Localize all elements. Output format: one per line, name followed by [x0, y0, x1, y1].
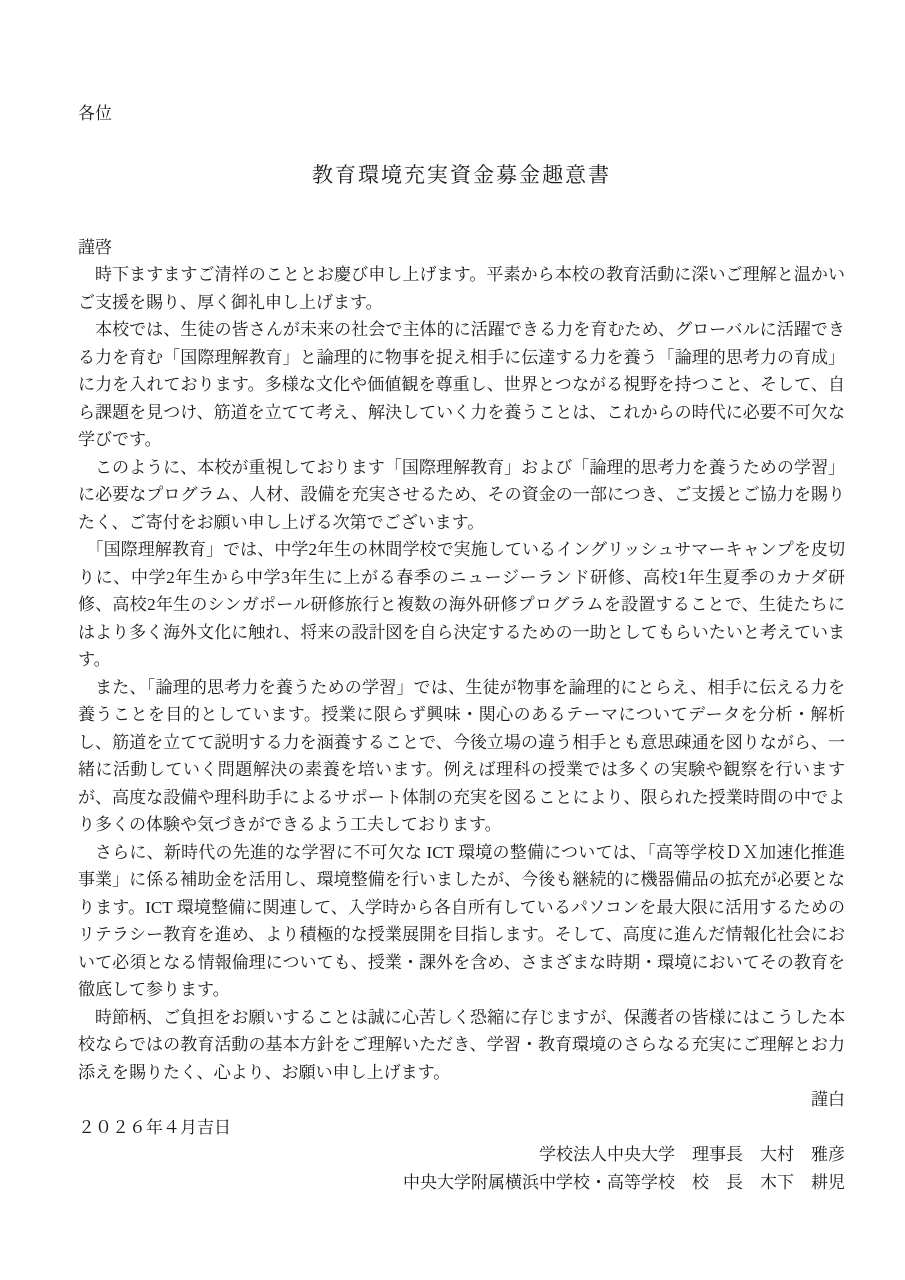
- date-line: ２０２６年４月吉日: [78, 1114, 845, 1142]
- closing-word: 謹白: [78, 1086, 845, 1114]
- document-title: 教育環境充実資金募金趣意書: [78, 160, 845, 190]
- body-paragraph-4: 「国際理解教育」では、中学2年生の林間学校で実施しているイングリッシュサマーキャ…: [78, 536, 845, 674]
- recipient-line: 各位: [78, 100, 845, 128]
- signature-block: 学校法人中央大学 理事長 大村 雅彦 中央大学附属横浜中学校・高等学校 校 長 …: [78, 1141, 845, 1197]
- salutation: 謹啓: [78, 234, 845, 262]
- body-paragraph-1: 時下ますますご清祥のこととお慶び申し上げます。平素から本校の教育活動に深いご理解…: [78, 261, 845, 316]
- body-paragraph-6: さらに、新時代の先進的な学習に不可欠な ICT 環境の整備については、「高等学校…: [78, 839, 845, 1004]
- body-paragraph-2: 本校では、生徒の皆さんが未来の社会で主体的に活躍できる力を育むため、グローバルに…: [78, 316, 845, 454]
- letter-body: 時下ますますご清祥のこととお慶び申し上げます。平素から本校の教育活動に深いご理解…: [78, 261, 845, 1086]
- letter-page: 各位 教育環境充実資金募金趣意書 謹啓 時下ますますご清祥のこととお慶び申し上げ…: [0, 0, 905, 1280]
- body-paragraph-3: このように、本校が重視しております「国際理解教育」および「論理的思考力を養うため…: [78, 454, 845, 537]
- signature-line-principal: 中央大学附属横浜中学校・高等学校 校 長 木下 耕児: [78, 1169, 845, 1197]
- body-paragraph-5: また、「論理的思考力を養うための学習」では、生徒が物事を論理的にとらえ、相手に伝…: [78, 674, 845, 839]
- body-paragraph-7: 時節柄、ご負担をお願いすることは誠に心苦しく恐縮に存じますが、保護者の皆様にはこ…: [78, 1004, 845, 1087]
- signature-line-chairman: 学校法人中央大学 理事長 大村 雅彦: [78, 1141, 845, 1169]
